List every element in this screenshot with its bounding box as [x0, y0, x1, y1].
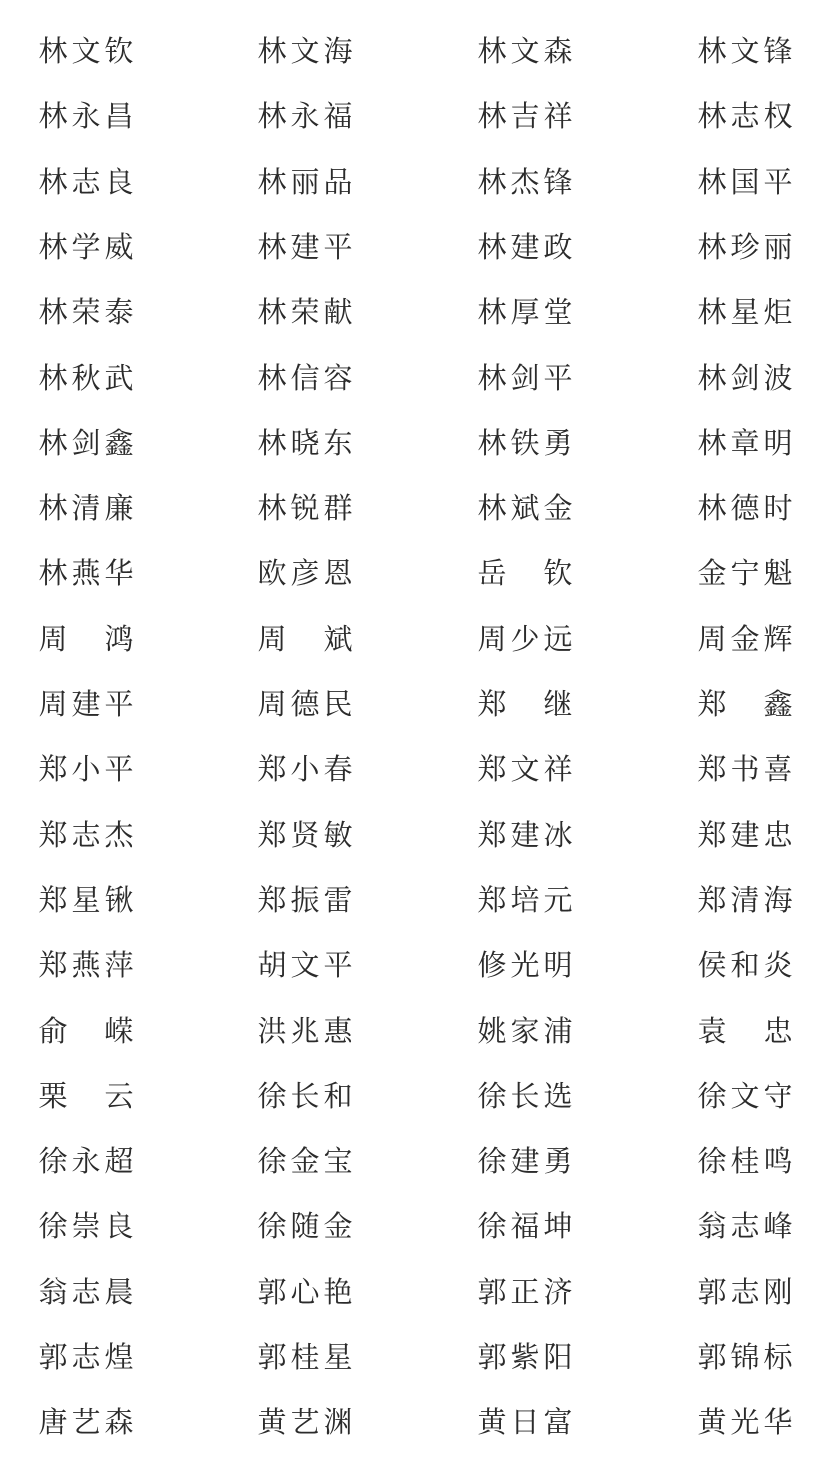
name-entry: 岳钦	[477, 553, 573, 593]
name-character: 燕	[71, 553, 101, 593]
name-character: 徐	[38, 1141, 68, 1181]
name-row: 林文钦林文海林文森林文锋	[0, 31, 830, 71]
name-entry: 郭志煌	[38, 1337, 134, 1377]
name-character: 桂	[730, 1141, 760, 1181]
name-character: 建	[290, 227, 320, 267]
name-character: 志	[730, 1206, 760, 1246]
name-character: 学	[71, 227, 101, 267]
name-character: 建	[71, 684, 101, 724]
name-entry: 郑燕萍	[38, 945, 134, 985]
name-character: 星	[71, 880, 101, 920]
name-entry: 侯和炎	[697, 945, 793, 985]
name-character: 志	[71, 1272, 101, 1312]
name-entry: 林章明	[697, 423, 793, 463]
name-character: 金	[730, 619, 760, 659]
name-character: 剑	[71, 423, 101, 463]
name-character: 郑	[38, 815, 68, 855]
name-character: 时	[763, 488, 793, 528]
name-character: 云	[104, 1076, 134, 1116]
name-character: 郑	[38, 945, 68, 985]
name-character: 林	[477, 292, 507, 332]
name-character: 峰	[763, 1206, 793, 1246]
name-character: 忠	[763, 815, 793, 855]
name-character: 徐	[697, 1141, 727, 1181]
name-entry: 黄艺渊	[257, 1402, 353, 1442]
name-entry: 黄日富	[477, 1402, 573, 1442]
name-character: 建	[510, 815, 540, 855]
name-character: 良	[104, 162, 134, 202]
name-character: 林	[257, 358, 287, 398]
name-entry: 林文森	[477, 31, 573, 71]
name-entry: 林丽品	[257, 162, 353, 202]
name-character: 林	[477, 227, 507, 267]
name-row: 林燕华欧彦恩岳钦金宁魁	[0, 553, 830, 593]
name-character: 翁	[38, 1272, 68, 1312]
name-row: 林秋武林信容林剑平林剑波	[0, 358, 830, 398]
name-entry: 林建政	[477, 227, 573, 267]
name-entry: 徐长选	[477, 1076, 573, 1116]
name-character: 郑	[477, 684, 507, 724]
name-character: 超	[104, 1141, 134, 1181]
name-entry: 周斌	[257, 619, 353, 659]
name-character: 雷	[323, 880, 353, 920]
name-character: 祥	[543, 96, 573, 136]
name-entry: 俞嵘	[38, 1011, 134, 1051]
name-entry: 郑书喜	[697, 749, 793, 789]
name-entry: 徐崇良	[38, 1206, 134, 1246]
name-character: 海	[763, 880, 793, 920]
name-character: 林	[697, 488, 727, 528]
name-character: 晓	[290, 423, 320, 463]
name-character: 标	[763, 1337, 793, 1377]
name-character: 林	[257, 96, 287, 136]
name-character: 岳	[477, 553, 507, 593]
name-character: 廉	[104, 488, 134, 528]
name-entry: 周建平	[38, 684, 134, 724]
name-character: 书	[730, 749, 760, 789]
name-character: 永	[71, 96, 101, 136]
name-entry: 郑培元	[477, 880, 573, 920]
name-character: 徐	[697, 1076, 727, 1116]
name-character: 林	[38, 31, 68, 71]
name-character: 勇	[543, 1141, 573, 1181]
name-character: 斌	[510, 488, 540, 528]
name-character: 昌	[104, 96, 134, 136]
name-character: 权	[763, 96, 793, 136]
name-entry: 林星炬	[697, 292, 793, 332]
name-character: 德	[290, 684, 320, 724]
name-row: 郭志煌郭桂星郭紫阳郭锦标	[0, 1337, 830, 1377]
name-character: 林	[38, 227, 68, 267]
name-character: 文	[730, 1076, 760, 1116]
name-character: 剑	[510, 358, 540, 398]
name-character: 献	[323, 292, 353, 332]
name-character: 金	[290, 1141, 320, 1181]
name-entry: 郭正济	[477, 1272, 573, 1312]
name-character: 林	[477, 358, 507, 398]
name-character: 锦	[730, 1337, 760, 1377]
name-entry: 袁忠	[697, 1011, 793, 1051]
name-character: 文	[290, 945, 320, 985]
name-entry: 林锐群	[257, 488, 353, 528]
name-entry: 徐永超	[38, 1141, 134, 1181]
name-character: 林	[257, 292, 287, 332]
name-character: 炎	[763, 945, 793, 985]
name-character: 平	[543, 358, 573, 398]
name-character: 燕	[71, 945, 101, 985]
name-entry: 林文钦	[38, 31, 134, 71]
name-character: 平	[104, 749, 134, 789]
name-character: 崇	[71, 1206, 101, 1246]
name-character: 培	[510, 880, 540, 920]
name-entry: 郑继	[477, 684, 573, 724]
name-entry: 林剑平	[477, 358, 573, 398]
name-entry: 林荣献	[257, 292, 353, 332]
name-character: 心	[290, 1272, 320, 1312]
name-entry: 林信容	[257, 358, 353, 398]
name-entry: 唐艺森	[38, 1402, 134, 1442]
name-character: 长	[510, 1076, 540, 1116]
name-character: 林	[257, 423, 287, 463]
name-entry: 郑志杰	[38, 815, 134, 855]
name-entry: 胡文平	[257, 945, 353, 985]
name-character: 信	[290, 358, 320, 398]
name-character: 锐	[290, 488, 320, 528]
name-character: 民	[323, 684, 353, 724]
name-entry: 欧彦恩	[257, 553, 353, 593]
name-character: 林	[257, 488, 287, 528]
name-character: 艺	[71, 1402, 101, 1442]
name-character: 元	[543, 880, 573, 920]
name-entry: 林永福	[257, 96, 353, 136]
name-character: 侯	[697, 945, 727, 985]
name-entry: 徐建勇	[477, 1141, 573, 1181]
name-character: 海	[323, 31, 353, 71]
name-character: 堂	[543, 292, 573, 332]
name-character: 威	[104, 227, 134, 267]
name-character: 桂	[290, 1337, 320, 1377]
name-entry: 黄光华	[697, 1402, 793, 1442]
name-character: 郭	[697, 1337, 727, 1377]
name-character: 周	[477, 619, 507, 659]
name-character: 林	[38, 358, 68, 398]
name-character: 光	[510, 945, 540, 985]
name-character: 祥	[543, 749, 573, 789]
name-row: 翁志晨郭心艳郭正济郭志刚	[0, 1272, 830, 1312]
name-entry: 郑清海	[697, 880, 793, 920]
name-character: 群	[323, 488, 353, 528]
name-row: 栗云徐长和徐长选徐文守	[0, 1076, 830, 1116]
name-character: 郭	[38, 1337, 68, 1377]
name-entry: 周德民	[257, 684, 353, 724]
name-character: 福	[510, 1206, 540, 1246]
name-entry: 徐福坤	[477, 1206, 573, 1246]
name-character: 晨	[104, 1272, 134, 1312]
name-character: 光	[730, 1402, 760, 1442]
name-character: 正	[510, 1272, 540, 1312]
name-character: 郑	[697, 684, 727, 724]
name-character: 辉	[763, 619, 793, 659]
name-character: 华	[763, 1402, 793, 1442]
name-entry: 洪兆惠	[257, 1011, 353, 1051]
name-entry: 林剑鑫	[38, 423, 134, 463]
name-character: 林	[477, 423, 507, 463]
name-character: 栗	[38, 1076, 68, 1116]
name-character: 林	[477, 31, 507, 71]
name-character: 珍	[730, 227, 760, 267]
name-character: 林	[38, 292, 68, 332]
name-entry: 徐金宝	[257, 1141, 353, 1181]
name-character: 钦	[104, 31, 134, 71]
name-character: 林	[477, 96, 507, 136]
name-entry: 林吉祥	[477, 96, 573, 136]
name-character: 志	[71, 162, 101, 202]
name-character: 星	[730, 292, 760, 332]
name-character: 周	[257, 619, 287, 659]
name-entry: 翁志峰	[697, 1206, 793, 1246]
name-character: 林	[38, 423, 68, 463]
name-entry: 徐随金	[257, 1206, 353, 1246]
name-character: 修	[477, 945, 507, 985]
name-character: 武	[104, 358, 134, 398]
name-character: 建	[730, 815, 760, 855]
name-entry: 栗云	[38, 1076, 134, 1116]
name-character: 黄	[257, 1402, 287, 1442]
name-character: 容	[323, 358, 353, 398]
name-character: 日	[510, 1402, 540, 1442]
name-character: 郑	[477, 749, 507, 789]
name-entry: 林晓东	[257, 423, 353, 463]
name-entry: 郭志刚	[697, 1272, 793, 1312]
name-row: 周鸿周斌周少远周金辉	[0, 619, 830, 659]
name-entry: 林志良	[38, 162, 134, 202]
name-entry: 林厚堂	[477, 292, 573, 332]
name-character: 林	[38, 553, 68, 593]
name-entry: 郑小春	[257, 749, 353, 789]
name-character: 国	[730, 162, 760, 202]
name-character: 锹	[104, 880, 134, 920]
name-character: 小	[71, 749, 101, 789]
name-character: 小	[290, 749, 320, 789]
name-character: 丽	[763, 227, 793, 267]
name-character: 振	[290, 880, 320, 920]
name-character: 郑	[257, 749, 287, 789]
name-character: 随	[290, 1206, 320, 1246]
name-character: 郭	[697, 1272, 727, 1312]
name-character: 志	[730, 96, 760, 136]
name-entry: 林文锋	[697, 31, 793, 71]
name-character: 魁	[763, 553, 793, 593]
name-character: 徐	[477, 1206, 507, 1246]
name-character: 平	[323, 945, 353, 985]
name-character: 春	[323, 749, 353, 789]
name-entry: 林荣泰	[38, 292, 134, 332]
name-character: 平	[763, 162, 793, 202]
name-character: 继	[543, 684, 573, 724]
name-character: 鸣	[763, 1141, 793, 1181]
name-character: 郑	[697, 749, 727, 789]
name-character: 坤	[543, 1206, 573, 1246]
name-character: 斌	[323, 619, 353, 659]
name-entry: 林建平	[257, 227, 353, 267]
name-character: 森	[543, 31, 573, 71]
name-character: 郑	[38, 880, 68, 920]
name-character: 喜	[763, 749, 793, 789]
name-entry: 林杰锋	[477, 162, 573, 202]
name-character: 黄	[477, 1402, 507, 1442]
name-row: 郑燕萍胡文平修光明侯和炎	[0, 945, 830, 985]
name-character: 林	[38, 162, 68, 202]
name-character: 宝	[323, 1141, 353, 1181]
name-list-grid: 林文钦林文海林文森林文锋林永昌林永福林吉祥林志权林志良林丽品林杰锋林国平林学威林…	[0, 0, 830, 1462]
name-entry: 周金辉	[697, 619, 793, 659]
name-entry: 林学威	[38, 227, 134, 267]
name-entry: 林国平	[697, 162, 793, 202]
name-character: 荣	[290, 292, 320, 332]
name-character: 明	[763, 423, 793, 463]
name-character: 郑	[477, 815, 507, 855]
name-character: 志	[71, 815, 101, 855]
name-row: 周建平周德民郑继郑鑫	[0, 684, 830, 724]
name-character: 艺	[290, 1402, 320, 1442]
name-character: 恩	[323, 553, 353, 593]
name-entry: 周少远	[477, 619, 573, 659]
name-character: 刚	[763, 1272, 793, 1312]
name-character: 富	[543, 1402, 573, 1442]
name-character: 浦	[543, 1011, 573, 1051]
name-character: 林	[477, 162, 507, 202]
name-character: 钦	[543, 553, 573, 593]
name-character: 兆	[290, 1011, 320, 1051]
name-entry: 郑小平	[38, 749, 134, 789]
name-character: 唐	[38, 1402, 68, 1442]
name-row: 林永昌林永福林吉祥林志权	[0, 96, 830, 136]
name-character: 建	[510, 1141, 540, 1181]
name-character: 清	[730, 880, 760, 920]
name-character: 阳	[543, 1337, 573, 1377]
name-entry: 徐文守	[697, 1076, 793, 1116]
name-character: 黄	[697, 1402, 727, 1442]
name-character: 锋	[763, 31, 793, 71]
name-character: 萍	[104, 945, 134, 985]
name-entry: 郑建忠	[697, 815, 793, 855]
name-entry: 林清廉	[38, 488, 134, 528]
name-character: 翁	[697, 1206, 727, 1246]
name-character: 林	[697, 292, 727, 332]
name-entry: 郑鑫	[697, 684, 793, 724]
name-character: 文	[290, 31, 320, 71]
name-character: 铁	[510, 423, 540, 463]
name-character: 徐	[477, 1076, 507, 1116]
name-entry: 林珍丽	[697, 227, 793, 267]
name-character: 守	[763, 1076, 793, 1116]
name-character: 建	[510, 227, 540, 267]
name-entry: 姚家浦	[477, 1011, 573, 1051]
name-character: 姚	[477, 1011, 507, 1051]
name-character: 少	[510, 619, 540, 659]
name-row: 林清廉林锐群林斌金林德时	[0, 488, 830, 528]
name-row: 林志良林丽品林杰锋林国平	[0, 162, 830, 202]
name-entry: 郑贤敏	[257, 815, 353, 855]
name-character: 林	[697, 96, 727, 136]
name-character: 森	[104, 1402, 134, 1442]
name-entry: 林燕华	[38, 553, 134, 593]
name-entry: 林德时	[697, 488, 793, 528]
name-entry: 修光明	[477, 945, 573, 985]
name-character: 勇	[543, 423, 573, 463]
name-character: 林	[257, 227, 287, 267]
name-character: 杰	[104, 815, 134, 855]
name-entry: 郑建冰	[477, 815, 573, 855]
name-row: 郑星锹郑振雷郑培元郑清海	[0, 880, 830, 920]
name-character: 郭	[477, 1337, 507, 1377]
name-character: 贤	[290, 815, 320, 855]
name-character: 徐	[257, 1076, 287, 1116]
name-character: 平	[323, 227, 353, 267]
name-character: 林	[697, 423, 727, 463]
name-character: 品	[323, 162, 353, 202]
name-character: 永	[71, 1141, 101, 1181]
name-entry: 郭桂星	[257, 1337, 353, 1377]
name-entry: 林志权	[697, 96, 793, 136]
name-character: 郑	[477, 880, 507, 920]
name-character: 郑	[38, 749, 68, 789]
name-character: 郭	[477, 1272, 507, 1312]
name-character: 良	[104, 1206, 134, 1246]
name-character: 永	[290, 96, 320, 136]
name-character: 厚	[510, 292, 540, 332]
name-character: 秋	[71, 358, 101, 398]
name-entry: 翁志晨	[38, 1272, 134, 1312]
name-character: 鑫	[763, 684, 793, 724]
name-character: 徐	[477, 1141, 507, 1181]
name-entry: 郭心艳	[257, 1272, 353, 1312]
name-character: 郑	[257, 880, 287, 920]
name-character: 郑	[697, 880, 727, 920]
name-character: 渊	[323, 1402, 353, 1442]
name-character: 和	[730, 945, 760, 985]
name-character: 家	[510, 1011, 540, 1051]
name-character: 林	[697, 227, 727, 267]
name-character: 波	[763, 358, 793, 398]
name-entry: 林秋武	[38, 358, 134, 398]
name-character: 煌	[104, 1337, 134, 1377]
name-character: 欧	[257, 553, 287, 593]
name-character: 杰	[510, 162, 540, 202]
name-character: 远	[543, 619, 573, 659]
name-character: 徐	[38, 1206, 68, 1246]
name-character: 文	[730, 31, 760, 71]
name-character: 洪	[257, 1011, 287, 1051]
name-character: 周	[697, 619, 727, 659]
name-character: 林	[257, 162, 287, 202]
name-character: 林	[697, 358, 727, 398]
name-character: 剑	[730, 358, 760, 398]
name-character: 志	[730, 1272, 760, 1312]
name-entry: 徐桂鸣	[697, 1141, 793, 1181]
name-entry: 郭紫阳	[477, 1337, 573, 1377]
name-character: 济	[543, 1272, 573, 1312]
name-character: 嵘	[104, 1011, 134, 1051]
name-entry: 林剑波	[697, 358, 793, 398]
name-character: 袁	[697, 1011, 727, 1051]
name-character: 周	[38, 619, 68, 659]
name-character: 长	[290, 1076, 320, 1116]
name-character: 紫	[510, 1337, 540, 1377]
name-character: 艳	[323, 1272, 353, 1312]
name-character: 宁	[730, 553, 760, 593]
name-entry: 金宁魁	[697, 553, 793, 593]
